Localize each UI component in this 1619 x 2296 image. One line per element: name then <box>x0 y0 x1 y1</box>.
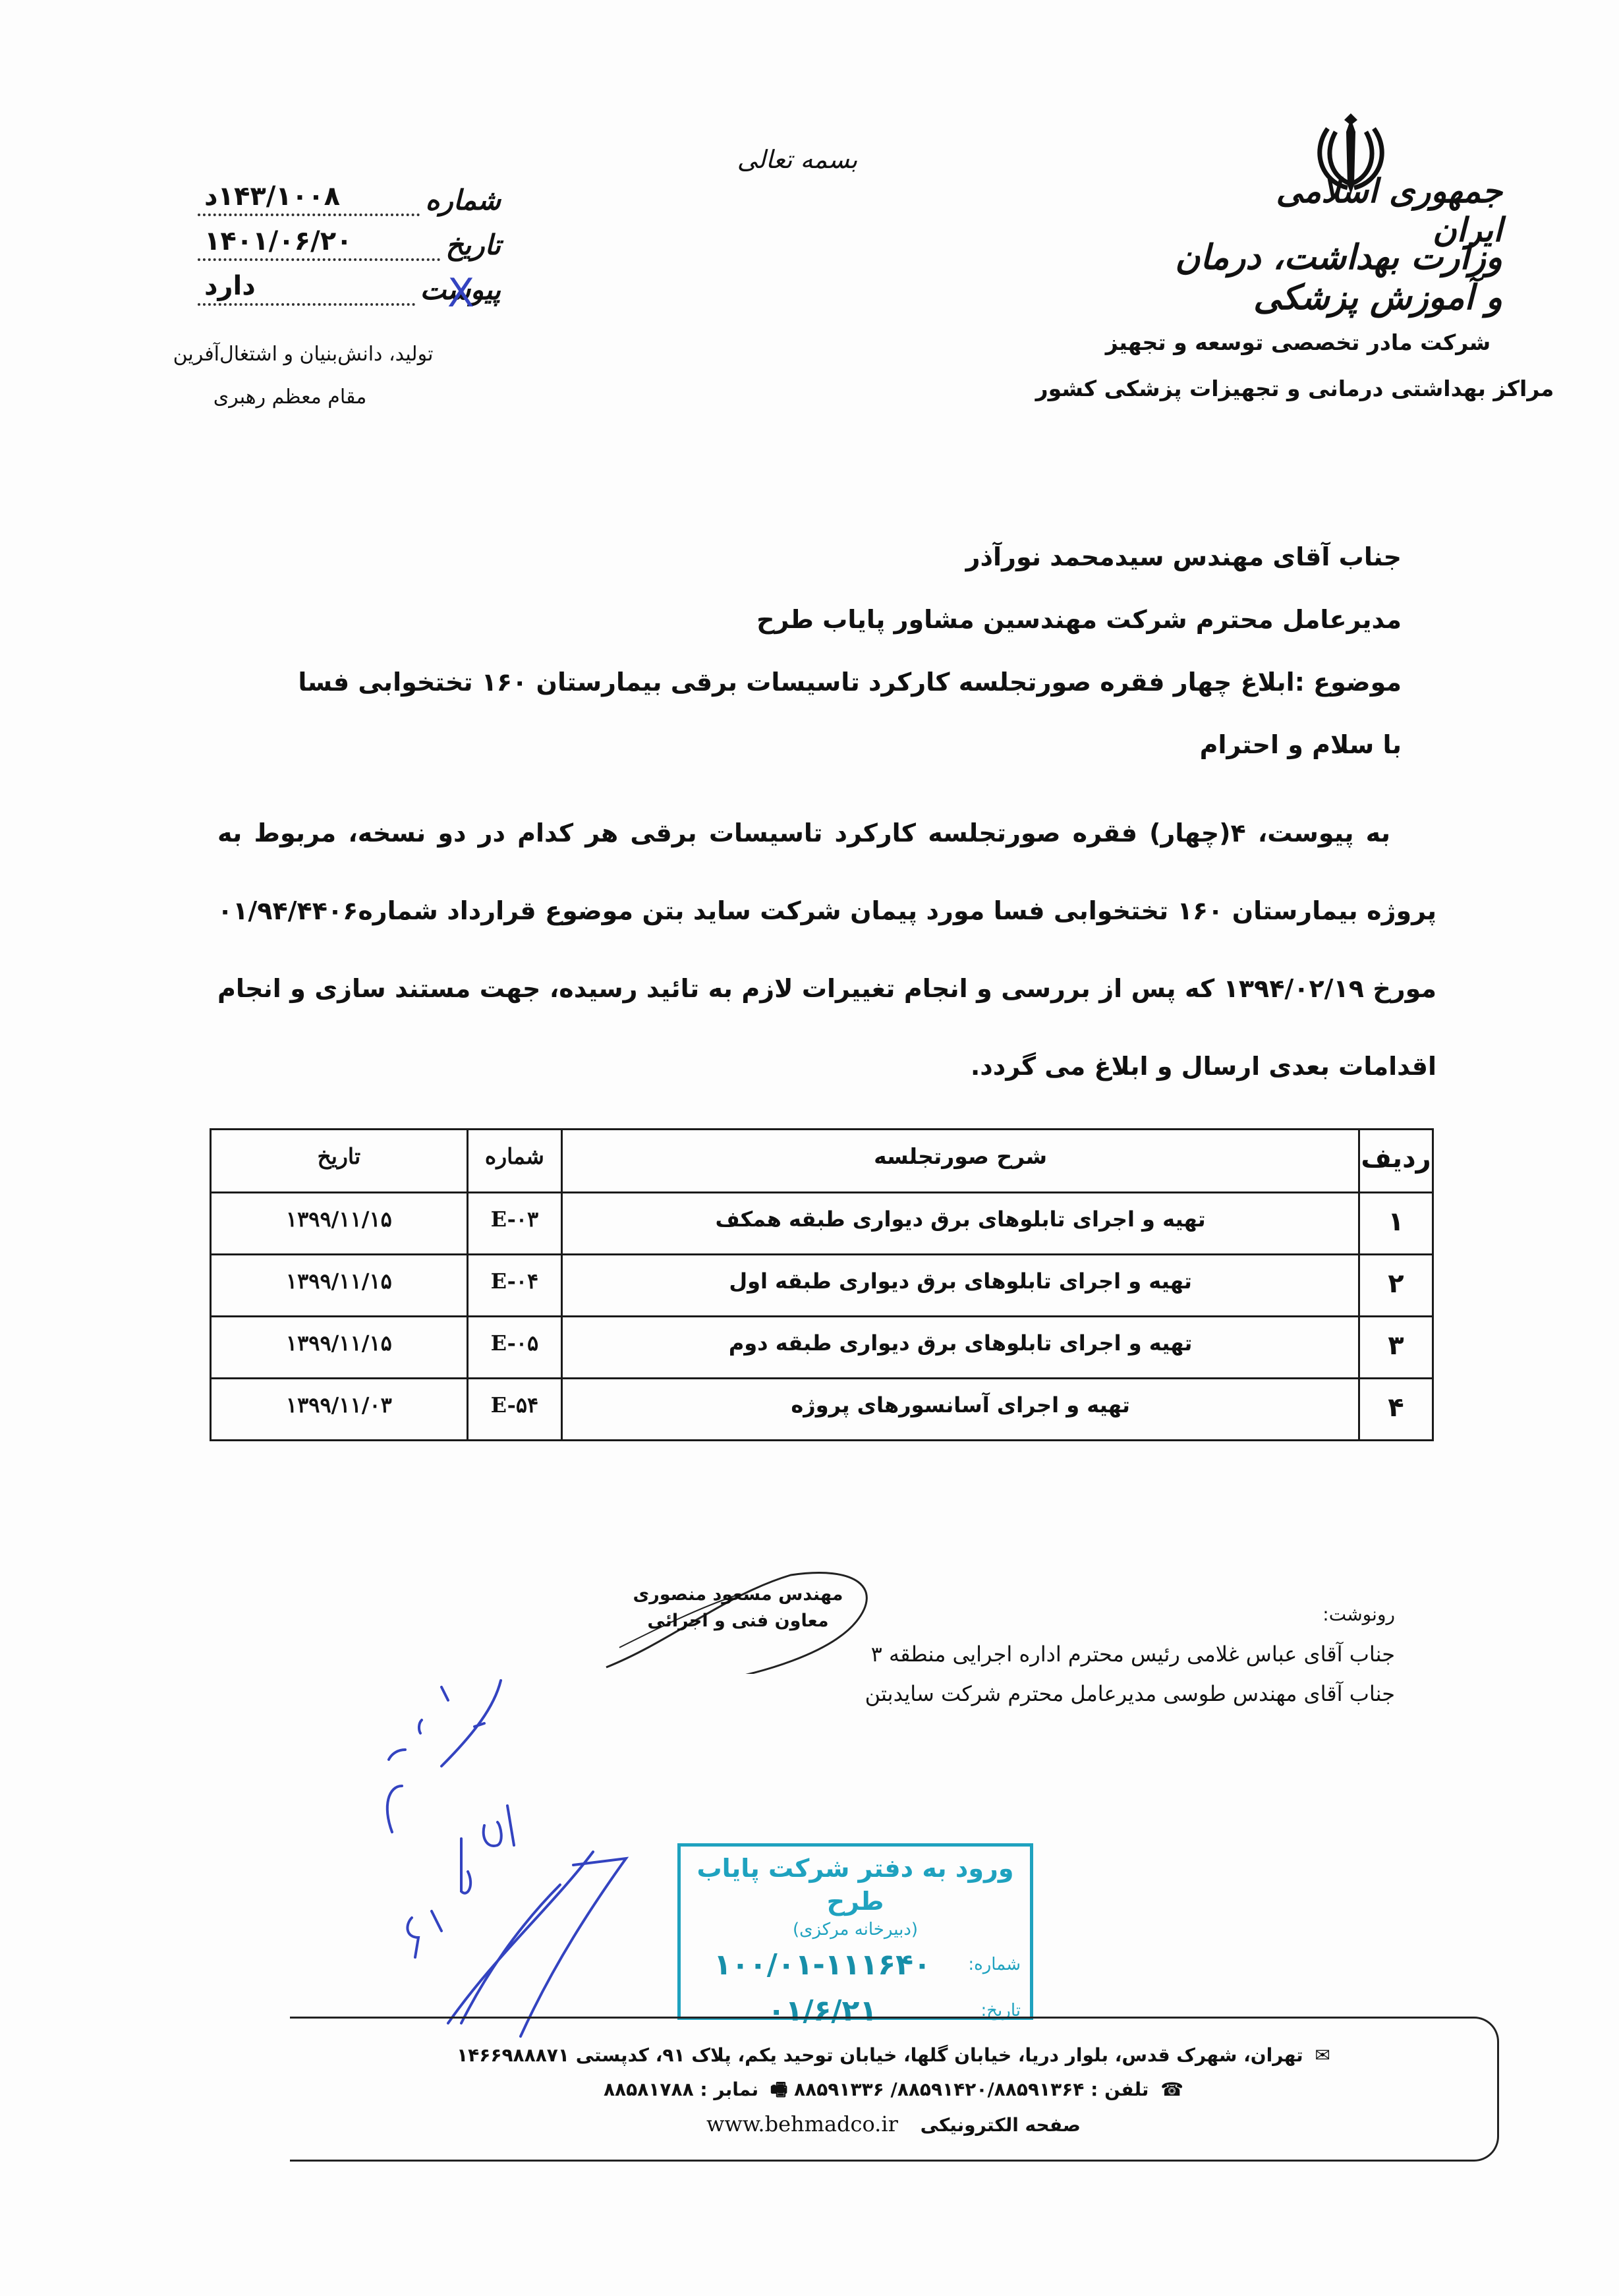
header-row-index: ردیف <box>1359 1130 1433 1193</box>
stamp-title: ورود به دفتر شرکت پایاب طرح <box>690 1852 1021 1918</box>
telephone-icon: ☎ <box>1160 2079 1183 2100</box>
stamp-number-value: ۱۰۰/۰۱-۱۱۱۶۴۰ <box>690 1948 955 1982</box>
fax-label: نمابر : <box>700 2079 758 2100</box>
cc-item: جناب آقای عباس غلامی رئیس محترم اداره اج… <box>670 1634 1395 1674</box>
stamp-number-row: شماره: ۱۰۰/۰۱-۱۱۱۶۴۰ <box>690 1941 1021 1988</box>
web-label: صفحه الکترونیکی <box>921 2114 1081 2136</box>
cc-title: رونوشت: <box>670 1595 1395 1634</box>
date-value: ۱۴۰۱/۰۶/۲۰ <box>198 224 440 261</box>
table-header-row: ردیف شرح صورتجلسه شماره تاریخ <box>211 1130 1433 1193</box>
number-label: شماره <box>425 184 501 216</box>
table-row: ۳ تهیه و اجرای تابلوهای برق دیواری طبقه … <box>211 1317 1433 1379</box>
letterhead-footer: ✉ تهران، شهرک قدس، بلوار دریا، خیابان گل… <box>290 2017 1499 2162</box>
recipient-title: مدیرعامل محترم شرکت مهندسین مشاور پایاب … <box>281 596 1402 659</box>
cell-row-index: ۴ <box>1359 1379 1433 1441</box>
cell-row-index: ۳ <box>1359 1317 1433 1379</box>
number-value: ۱۴۳/۱۰۰۸د <box>198 179 420 216</box>
fax-icon: 🖷 <box>770 2079 787 2100</box>
attachment-value: دارد <box>198 269 415 306</box>
website-link[interactable]: www.behmadco.ir <box>706 2107 898 2141</box>
footer-address-line: ✉ تهران، شهرک قدس، بلوار دریا، خیابان گل… <box>290 2038 1497 2073</box>
company-name-line1: شرکت مادر تخصصی توسعه و تجهیز <box>1081 330 1516 355</box>
cc-block: رونوشت: جناب آقای عباس غلامی رئیس محترم … <box>670 1595 1395 1713</box>
bismillah-heading: بسمه تعالی <box>725 145 870 174</box>
stamp-subtitle: (دبیرخانه مرکزی) <box>690 1918 1021 1941</box>
cell-date: ۱۳۹۹/۱۱/۱۵ <box>211 1193 468 1255</box>
phone-value: ۸۸۵۹۱۴۲۰/۸۸۵۹۱۳۶۴/ ۸۸۵۹۱۳۳۶ <box>794 2079 1084 2100</box>
greeting: با سلام و احترام <box>281 722 1402 784</box>
ministry-calligraphy-line2: وزارت بهداشت، درمان و آموزش پزشکی <box>1173 237 1502 318</box>
cell-number: E-۰۳ <box>467 1193 562 1255</box>
company-name-line2: مراکز بهداشتی درمانی و تجهیزات پزشکی کشو… <box>1015 376 1575 401</box>
table-row: ۱ تهیه و اجرای تابلوهای برق دیواری طبقه … <box>211 1193 1433 1255</box>
header-number: شماره <box>467 1130 562 1193</box>
cell-date: ۱۳۹۹/۱۱/۱۵ <box>211 1255 468 1317</box>
cell-description: تهیه و اجرای تابلوهای برق دیواری طبقه دو… <box>562 1317 1359 1379</box>
cell-number: E-۵۴ <box>467 1379 562 1441</box>
stamp-number-label: شماره: <box>955 1955 1021 1974</box>
meta-date-row: تاریخ ۱۴۰۱/۰۶/۲۰ <box>198 216 501 261</box>
cell-row-index: ۱ <box>1359 1193 1433 1255</box>
cell-date: ۱۳۹۹/۱۱/۱۵ <box>211 1317 468 1379</box>
footer-contact-line: ☎ تلفن : ۸۸۵۹۱۴۲۰/۸۸۵۹۱۳۶۴/ ۸۸۵۹۱۳۳۶ 🖷 ن… <box>290 2073 1497 2107</box>
minutes-table: ردیف شرح صورتجلسه شماره تاریخ ۱ تهیه و ا… <box>210 1128 1434 1441</box>
header-description: شرح صورتجلسه <box>562 1130 1359 1193</box>
receipt-stamp: ورود به دفتر شرکت پایاب طرح (دبیرخانه مر… <box>677 1843 1033 2020</box>
footer-address: تهران، شهرک قدس، بلوار دریا، خیابان گلها… <box>457 2044 1303 2066</box>
fax-value: ۸۸۵۸۱۷۸۸ <box>604 2079 694 2100</box>
envelope-icon: ✉ <box>1315 2044 1330 2066</box>
cell-description: تهیه و اجرای تابلوهای برق دیواری طبقه هم… <box>562 1193 1359 1255</box>
table-row: ۴ تهیه و اجرای آسانسورهای پروژه E-۵۴ ۱۳۹… <box>211 1379 1433 1441</box>
table-row: ۲ تهیه و اجرای تابلوهای برق دیواری طبقه … <box>211 1255 1433 1317</box>
phone-label: تلفن : <box>1091 2079 1149 2100</box>
handwritten-x-mark: X <box>422 273 474 313</box>
slogan-attribution: مقام معظم رهبری <box>152 386 428 409</box>
cell-description: تهیه و اجرای تابلوهای برق دیواری طبقه او… <box>562 1255 1359 1317</box>
slogan-line1: تولید، دانش‌بنیان و اشتغال‌آفرین <box>152 343 455 366</box>
recipient-name: جناب آقای مهندس سیدمحمد نورآذر <box>281 534 1402 596</box>
body-paragraph: به پیوست، ۴(چهار) فقره صورتجلسه کارکرد ت… <box>217 794 1436 1105</box>
cell-number: E-۰۵ <box>467 1317 562 1379</box>
date-label: تاریخ <box>445 229 501 261</box>
handwritten-note-icon <box>343 1648 712 2043</box>
footer-web-line: صفحه الکترونیکی www.behmadco.ir <box>290 2107 1497 2142</box>
meta-number-row: شماره ۱۴۳/۱۰۰۸د <box>198 171 501 216</box>
cell-row-index: ۲ <box>1359 1255 1433 1317</box>
cc-item: جناب آقای مهندس طوسی مدیرعامل محترم شرکت… <box>670 1674 1395 1713</box>
cell-date: ۱۳۹۹/۱۱/۰۳ <box>211 1379 468 1441</box>
header-date: تاریخ <box>211 1130 468 1193</box>
cell-number: E-۰۴ <box>467 1255 562 1317</box>
letter-subject: موضوع :ابلاغ چهار فقره صورتجلسه کارکرد ت… <box>281 659 1402 722</box>
recipient-block: جناب آقای مهندس سیدمحمد نورآذر مدیرعامل … <box>281 534 1402 784</box>
cell-description: تهیه و اجرای آسانسورهای پروژه <box>562 1379 1359 1441</box>
